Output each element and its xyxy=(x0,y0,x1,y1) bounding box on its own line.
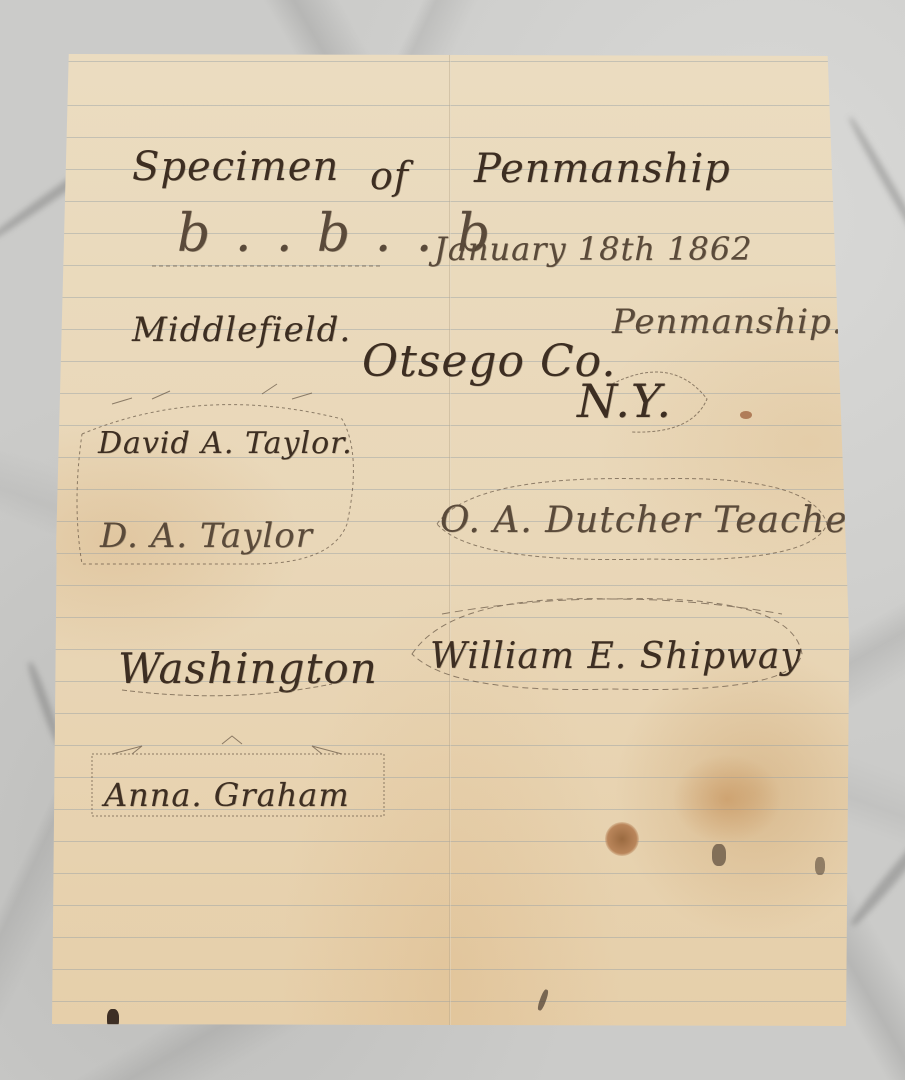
title-word-specimen: Specimen xyxy=(132,144,339,190)
name-d-a-taylor: D. A. Taylor xyxy=(100,516,313,556)
marble-vein xyxy=(848,783,905,929)
ink-blot xyxy=(815,857,825,875)
title-word-of: of xyxy=(370,154,409,198)
name-o-a-dutcher-teacher: O. A. Dutcher Teacher xyxy=(440,500,866,541)
subject-penmanship: Penmanship. xyxy=(612,302,844,342)
name-anna-graham: Anna. Graham xyxy=(104,776,350,814)
name-william-e-shipway: William E. Shipway xyxy=(430,636,802,677)
name-david-a-taylor: David A. Taylor. xyxy=(98,426,353,461)
ink-blot xyxy=(712,844,726,866)
name-washington: Washington xyxy=(118,644,378,693)
date: January 18th 1862 xyxy=(434,230,753,268)
penmanship-sheet: Specimen of Penmanship b . . b . . b Jan… xyxy=(52,54,850,1026)
spot xyxy=(740,411,752,419)
water-stain xyxy=(672,754,782,844)
state-ny: N.Y. xyxy=(577,374,672,428)
marble-vein xyxy=(847,115,905,292)
town-middlefield: Middlefield. xyxy=(132,310,351,350)
ink-stain xyxy=(605,822,639,856)
title-word-penmanship: Penmanship xyxy=(474,146,731,192)
